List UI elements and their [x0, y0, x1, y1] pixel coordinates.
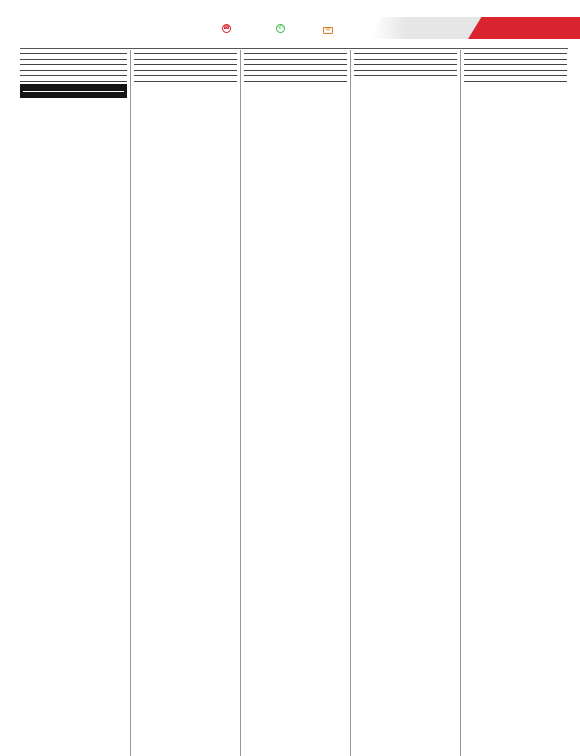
section-red-band — [468, 17, 580, 39]
legal-notice — [20, 72, 127, 76]
legal-notice — [464, 50, 567, 54]
column-4 — [350, 50, 460, 756]
legal-notice — [134, 67, 237, 71]
legal-notice — [20, 61, 127, 65]
legal-notice — [464, 78, 567, 82]
legal-notice — [244, 56, 347, 60]
whatsapp-icon: ✆ — [276, 24, 285, 33]
legal-notice — [20, 67, 127, 71]
contact-email: ✉ — [323, 27, 335, 34]
legal-notice — [244, 78, 347, 82]
legal-notice — [134, 56, 237, 60]
legal-notice — [134, 50, 237, 54]
legal-notice — [354, 67, 457, 71]
column-2 — [130, 50, 240, 756]
legal-notice — [244, 50, 347, 54]
column-5 — [460, 50, 570, 756]
classifieds-columns — [20, 50, 570, 756]
legal-notice — [134, 78, 237, 82]
legal-notice — [20, 78, 127, 82]
ad-title-line2 — [23, 88, 124, 92]
contact-whatsapp: ✆ — [276, 24, 287, 33]
legal-notice — [244, 72, 347, 76]
brand-grey-band — [372, 17, 482, 39]
legal-notice — [134, 61, 237, 65]
legal-notice — [354, 61, 457, 65]
phone-icon: ☎ — [222, 24, 231, 33]
legal-notice — [354, 72, 457, 76]
legal-notice — [464, 67, 567, 71]
page-header: ☎ ✆ ✉ — [0, 0, 580, 46]
legal-notice — [464, 56, 567, 60]
legal-notice — [464, 72, 567, 76]
legal-notice — [244, 67, 347, 71]
header-rule — [20, 48, 568, 49]
legal-notice — [134, 72, 237, 76]
legal-notice — [354, 50, 457, 54]
legal-notice — [244, 61, 347, 65]
legal-notice — [354, 56, 457, 60]
legal-notice — [20, 56, 127, 60]
legal-notice — [20, 50, 127, 54]
legal-notice — [464, 61, 567, 65]
contact-phone: ☎ — [222, 24, 233, 33]
mail-icon: ✉ — [323, 27, 333, 34]
column-3 — [240, 50, 350, 756]
lost-checkbook-ad — [20, 84, 127, 98]
column-1 — [20, 50, 130, 756]
brand-banner — [372, 17, 580, 39]
